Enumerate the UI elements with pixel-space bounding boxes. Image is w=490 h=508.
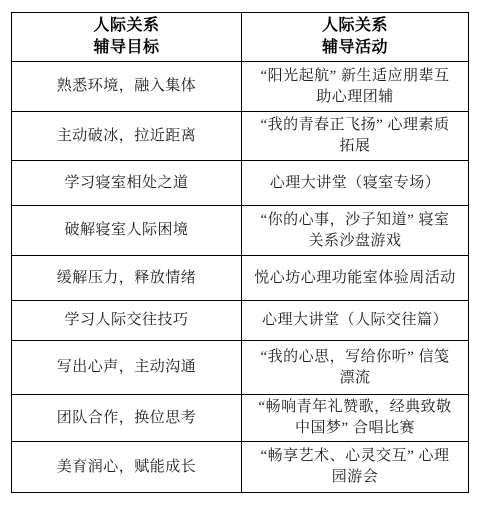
goal-cell: 学习寝室相处之道 — [12, 161, 242, 205]
header-activities: 人际关系 辅导活动 — [242, 13, 468, 61]
goal-cell: 破解寝室人际困境 — [12, 206, 242, 255]
activity-cell: “你的心事，沙子知道” 寝室 关系沙盘游戏 — [242, 206, 468, 255]
counseling-table: 人际关系 辅导目标 人际关系 辅导活动 熟悉环境，融入集体 “阳光起航” 新生适… — [11, 12, 469, 493]
goal-cell: 团队合作，换位思考 — [12, 395, 242, 441]
table-row: 美育润心，赋能成长 “畅享艺术、心灵交互” 心理 园游会 — [12, 441, 468, 492]
activity-cell: “我的青春正飞扬” 心理素质 拓展 — [242, 112, 468, 160]
activity-cell: “我的心思，写给你听” 信笺 漂流 — [242, 341, 468, 394]
table-row: 学习人际交往技巧 心理大讲堂（人际交往篇） — [12, 300, 468, 340]
goal-cell: 缓解压力，释放情绪 — [12, 256, 242, 300]
goal-cell: 美育润心，赋能成长 — [12, 442, 242, 492]
table-row: 熟悉环境，融入集体 “阳光起航” 新生适应朋辈互 助心理团辅 — [12, 61, 468, 111]
table-row: 缓解压力，释放情绪 悦心坊心理功能室体验周活动 — [12, 255, 468, 300]
header-goals: 人际关系 辅导目标 — [12, 13, 242, 61]
table-header-row: 人际关系 辅导目标 人际关系 辅导活动 — [12, 13, 468, 61]
activity-cell: “畅享艺术、心灵交互” 心理 园游会 — [242, 442, 468, 492]
goal-cell: 学习人际交往技巧 — [12, 301, 242, 340]
table-row: 主动破冰，拉近距离 “我的青春正飞扬” 心理素质 拓展 — [12, 111, 468, 160]
activity-cell: 悦心坊心理功能室体验周活动 — [242, 256, 468, 300]
table-row: 破解寝室人际困境 “你的心事，沙子知道” 寝室 关系沙盘游戏 — [12, 205, 468, 255]
table-row: 学习寝室相处之道 心理大讲堂（寝室专场） — [12, 160, 468, 205]
goal-cell: 写出心声，主动沟通 — [12, 341, 242, 394]
table-row: 团队合作，换位思考 “畅响青年礼赞歌，经典致敬 中国梦” 合唱比赛 — [12, 394, 468, 441]
table-row: 写出心声，主动沟通 “我的心思，写给你听” 信笺 漂流 — [12, 340, 468, 394]
activity-cell: 心理大讲堂（寝室专场） — [242, 161, 468, 205]
activity-cell: “阳光起航” 新生适应朋辈互 助心理团辅 — [242, 62, 468, 111]
activity-cell: “畅响青年礼赞歌，经典致敬 中国梦” 合唱比赛 — [242, 395, 468, 441]
activity-cell: 心理大讲堂（人际交往篇） — [242, 301, 468, 340]
page: 人际关系 辅导目标 人际关系 辅导活动 熟悉环境，融入集体 “阳光起航” 新生适… — [0, 0, 490, 508]
goal-cell: 熟悉环境，融入集体 — [12, 62, 242, 111]
goal-cell: 主动破冰，拉近距离 — [12, 112, 242, 160]
